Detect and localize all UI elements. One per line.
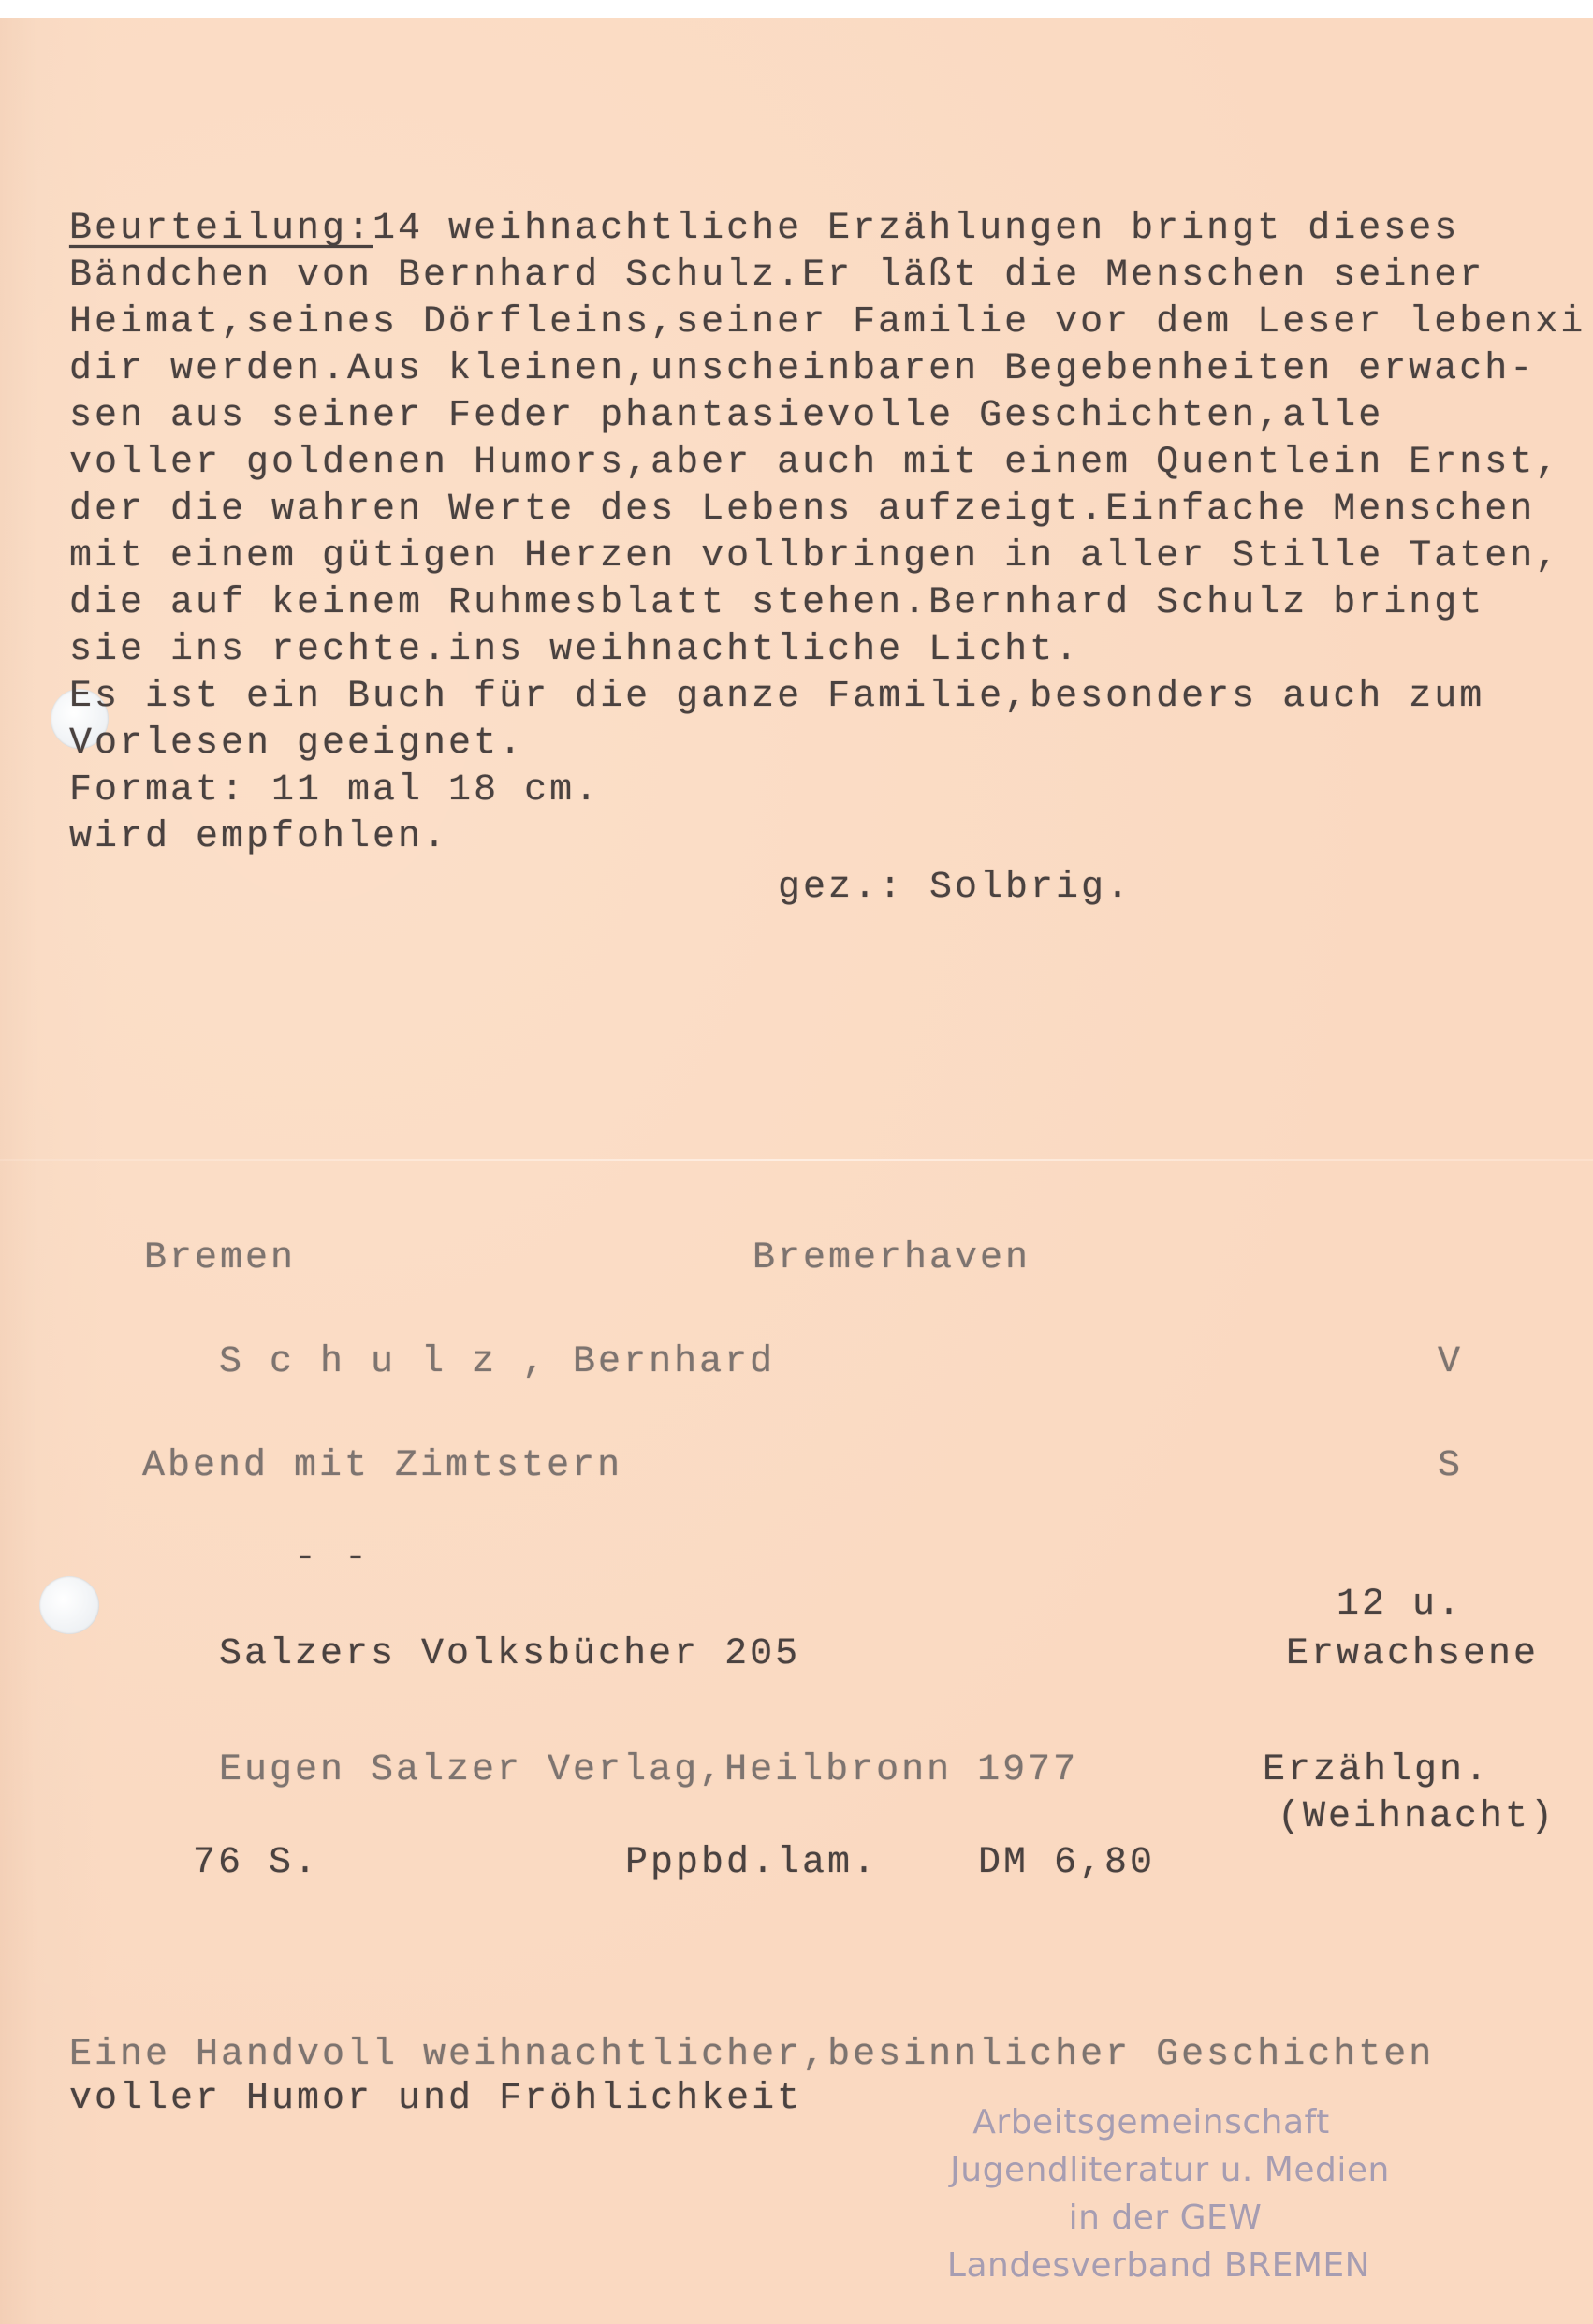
fold-line — [0, 1159, 1593, 1161]
review-line: Heimat,seines Dörfleins,seiner Familie v… — [69, 300, 1586, 346]
review-line: sie ins rechte.ins weihnachtliche Licht. — [69, 627, 1080, 674]
review-line: die auf keinem Ruhmesblatt stehen.Bernha… — [69, 580, 1484, 627]
review-line: mit einem gütigen Herzen vollbringen in … — [69, 533, 1560, 580]
genre-line2: (Weihnacht) — [1278, 1794, 1556, 1841]
title-code: S — [1438, 1443, 1463, 1490]
review-line: dir werden.Aus kleinen,unscheinbaren Beg… — [69, 346, 1535, 393]
review-format: Format: 11 mal 18 cm. — [69, 767, 600, 814]
publisher: Eugen Salzer Verlag,Heilbronn 1977 — [219, 1747, 1078, 1794]
punch-hole-bottom — [39, 1576, 99, 1634]
review-line-1: Beurteilung:14 weihnachtliche Erzählunge… — [69, 206, 1459, 253]
review-line: Bändchen von Bernhard Schulz.Er läßt die… — [69, 253, 1484, 300]
location-left: Bremen — [144, 1235, 296, 1282]
stamp-line: Landesverband BREMEN — [831, 2243, 1486, 2289]
review-signature: gez.: Solbrig. — [778, 865, 1132, 912]
review-recommendation: wird empfohlen. — [69, 814, 448, 861]
location-right: Bremerhaven — [753, 1235, 1030, 1282]
summary-line: voller Humor und Fröhlichkeit — [69, 2076, 802, 2123]
author-code: V — [1438, 1339, 1463, 1386]
review-text: 14 weihnachtliche Erzählungen bringt die… — [373, 208, 1459, 250]
review-line: Es ist ein Buch für die ganze Familie,be… — [69, 674, 1484, 721]
review-label: Beurteilung: — [69, 208, 373, 250]
review-line: Vorlesen geeignet. — [69, 721, 524, 767]
book-title: Abend mit Zimtstern — [142, 1443, 622, 1490]
review-line: der die wahren Werte des Lebens aufzeigt… — [69, 487, 1535, 533]
age-range-line2: Erwachsene — [1286, 1631, 1539, 1678]
binding: Pppbd.lam. — [625, 1840, 878, 1887]
series: Salzers Volksbücher 205 — [219, 1631, 800, 1678]
author-name: S c h u l z , Bernhard — [219, 1339, 775, 1386]
genre-line1: Erzählgn. — [1263, 1747, 1490, 1794]
stamp-line: Arbeitsgemeinschaft — [824, 2099, 1479, 2146]
stamp-line: Jugendliteratur u. Medien — [842, 2147, 1498, 2194]
review-line: voller goldenen Humors,aber auch mit ein… — [69, 440, 1560, 487]
summary-line: Eine Handvoll weihnachtlicher,besinnlich… — [69, 2032, 1434, 2079]
dashes: - - — [294, 1535, 370, 1582]
stamp-line: in der GEW — [838, 2195, 1493, 2242]
page-count: 76 S. — [193, 1840, 319, 1887]
review-line: sen aus seiner Feder phantasievolle Gesc… — [69, 393, 1383, 440]
price: DM 6,80 — [978, 1840, 1155, 1887]
age-range-line1: 12 u. — [1337, 1582, 1463, 1629]
